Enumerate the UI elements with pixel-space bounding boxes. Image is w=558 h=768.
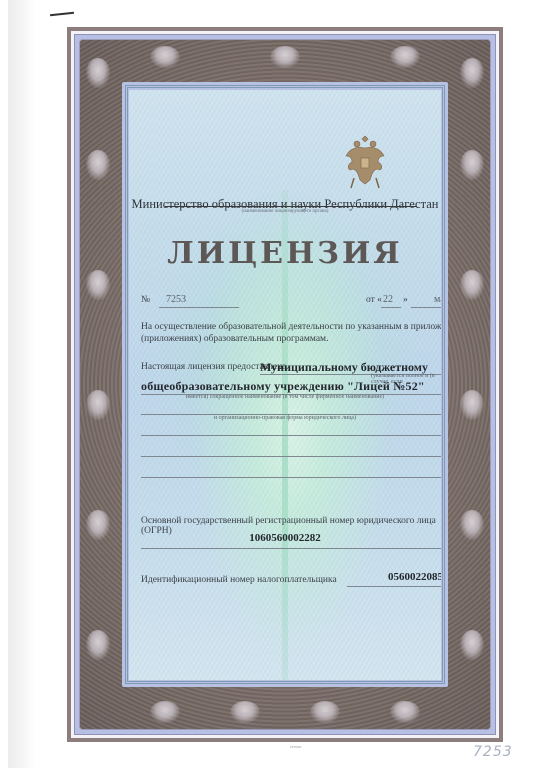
inn-value: 0560022085 (388, 571, 441, 583)
ornament-motif-icon (460, 150, 484, 180)
date-month: марта (434, 294, 441, 305)
ogrn-value: 1060560002282 (129, 532, 441, 544)
licensee-name-line-2: общеобразовательному учреждению "Лицей №… (141, 379, 425, 394)
ornament-motif-icon (390, 701, 420, 723)
licensee-hint-3: и организационно-правовая форма юридичес… (129, 415, 441, 421)
inn-label: Идентификационный номер налогоплательщик… (141, 575, 337, 585)
ornamental-border: Министерство образования и науки Республ… (79, 39, 491, 730)
license-number-underline (159, 307, 239, 308)
frame-white-border: Министерство образования и науки Республ… (71, 31, 499, 738)
ornament-motif-icon (150, 46, 180, 68)
scan-pen-mark (50, 12, 74, 16)
license-number-label: № (141, 295, 150, 305)
ornament-motif-icon (86, 510, 110, 540)
license-number: 7253 (166, 294, 186, 305)
ornament-motif-icon (86, 58, 110, 88)
blank-line-3 (141, 477, 441, 478)
scan-edge-shadow (8, 0, 36, 768)
ornament-motif-icon (310, 701, 340, 723)
blank-line-1 (141, 435, 441, 436)
blank-line-2 (141, 456, 441, 457)
date-day-underline (381, 307, 401, 308)
ornament-motif-icon (460, 390, 484, 420)
licensee-hint-2: имеется) сокращенное наименование (в том… (129, 394, 441, 400)
inn-underline (347, 586, 441, 587)
ogrn-underline (141, 548, 441, 549)
date-quote-close: » (403, 295, 408, 305)
ornament-motif-icon (150, 701, 180, 723)
ornament-motif-icon (460, 58, 484, 88)
coat-of-arms-icon (342, 134, 388, 192)
ornament-motif-icon (86, 270, 110, 300)
frame-lavender-band: Министерство образования и науки Республ… (74, 34, 496, 735)
ornament-motif-icon (460, 510, 484, 540)
license-certificate: Министерство образования и науки Республ… (67, 27, 503, 742)
date-month-underline (411, 307, 441, 308)
license-body: Министерство образования и науки Республ… (129, 90, 441, 680)
ornament-motif-icon (390, 46, 420, 68)
ornament-motif-icon (86, 150, 110, 180)
ornament-motif-icon (230, 701, 260, 723)
handwritten-note: 7253 (473, 744, 513, 760)
issuing-authority-hint: (наименование лицензирующего органа) (129, 209, 441, 214)
date-day: 22 (383, 294, 393, 305)
ornament-motif-icon (460, 270, 484, 300)
date-from-label: от « (366, 295, 382, 305)
ornament-motif-icon (86, 630, 110, 660)
ornament-motif-icon (86, 390, 110, 420)
document-title: ЛИЦЕНЗИЯ (129, 236, 441, 271)
license-purpose: На осуществление образовательной деятель… (141, 321, 441, 345)
ornament-motif-icon (460, 630, 484, 660)
ornament-motif-icon (270, 46, 300, 68)
authority-strike-line (165, 206, 417, 207)
printer-mark: оттиск (290, 744, 301, 749)
